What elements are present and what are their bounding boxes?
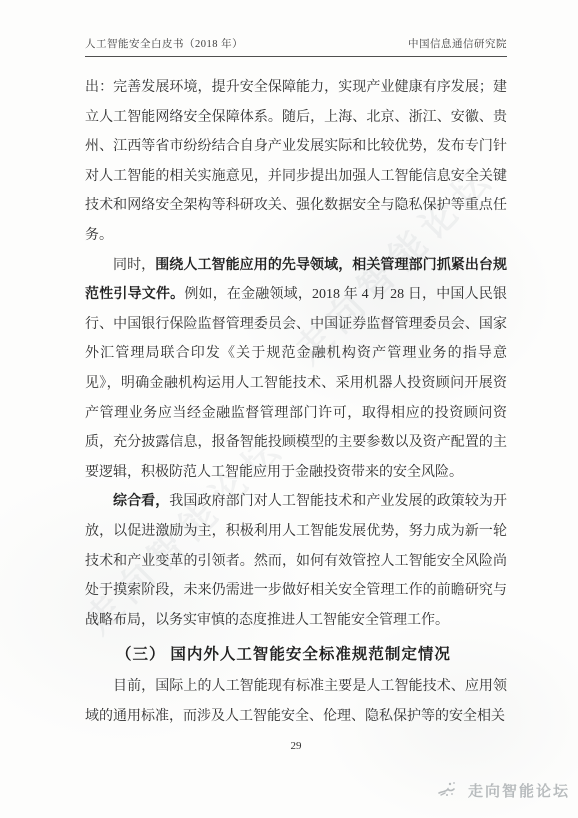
paragraph: 同时，围绕人工智能应用的先导领域，相关管理部门抓紧出台规范性引导文件。例如，在金…: [85, 251, 507, 488]
paragraph: 目前，国际上的人工智能现有标准主要是人工智能技术、应用领域的通用标准，而涉及人工…: [85, 672, 507, 731]
text-run: 同时，: [113, 258, 155, 273]
page-body: 出：完善发展环境，提升安全保障能力，实现产业健康有序发展；建立人工智能网络安全保…: [85, 73, 507, 731]
forum-watermark-text: 走向智能论坛: [468, 780, 570, 801]
text-run: 我国政府部门对人工智能技术和产业发展的政策较为开放，以促进激励为主，积极利用人工…: [85, 494, 507, 627]
text-run: 目前，国际上的人工智能现有标准主要是人工智能技术、应用领域的通用标准，而涉及人工…: [85, 679, 507, 724]
text-run: 例如，在金融领域，2018 年 4 月 28 日，中国人民银行、中国银行保险监督…: [85, 287, 507, 480]
body-paragraphs-top: 出：完善发展环境，提升安全保障能力，实现产业健康有序发展；建立人工智能网络安全保…: [85, 73, 507, 635]
forum-logo-icon: [437, 779, 463, 801]
header-right-title: 中国信息通信研究院: [408, 36, 507, 51]
body-paragraphs-bottom: 目前，国际上的人工智能现有标准主要是人工智能技术、应用领域的通用标准，而涉及人工…: [85, 672, 507, 731]
document-page: 人工智能安全白皮书（2018 年） 中国信息通信研究院 走向智能论坛 走向智能论…: [0, 0, 578, 818]
forum-watermark: 走向智能论坛: [437, 779, 570, 801]
text-run: 出：完善发展环境，提升安全保障能力，实现产业健康有序发展；建立人工智能网络安全保…: [85, 80, 507, 243]
paragraph: 出：完善发展环境，提升安全保障能力，实现产业健康有序发展；建立人工智能网络安全保…: [85, 73, 507, 251]
header-left-title: 人工智能安全白皮书（2018 年）: [85, 36, 243, 51]
bold-text-run: 综合看，: [113, 494, 169, 509]
paragraph: 综合看，我国政府部门对人工智能技术和产业发展的政策较为开放，以促进激励为主，积极…: [85, 487, 507, 635]
page-header: 人工智能安全白皮书（2018 年） 中国信息通信研究院: [85, 36, 507, 57]
section-heading: （三） 国内外人工智能安全标准规范制定情况: [85, 640, 507, 670]
page-number: 29: [85, 740, 507, 752]
